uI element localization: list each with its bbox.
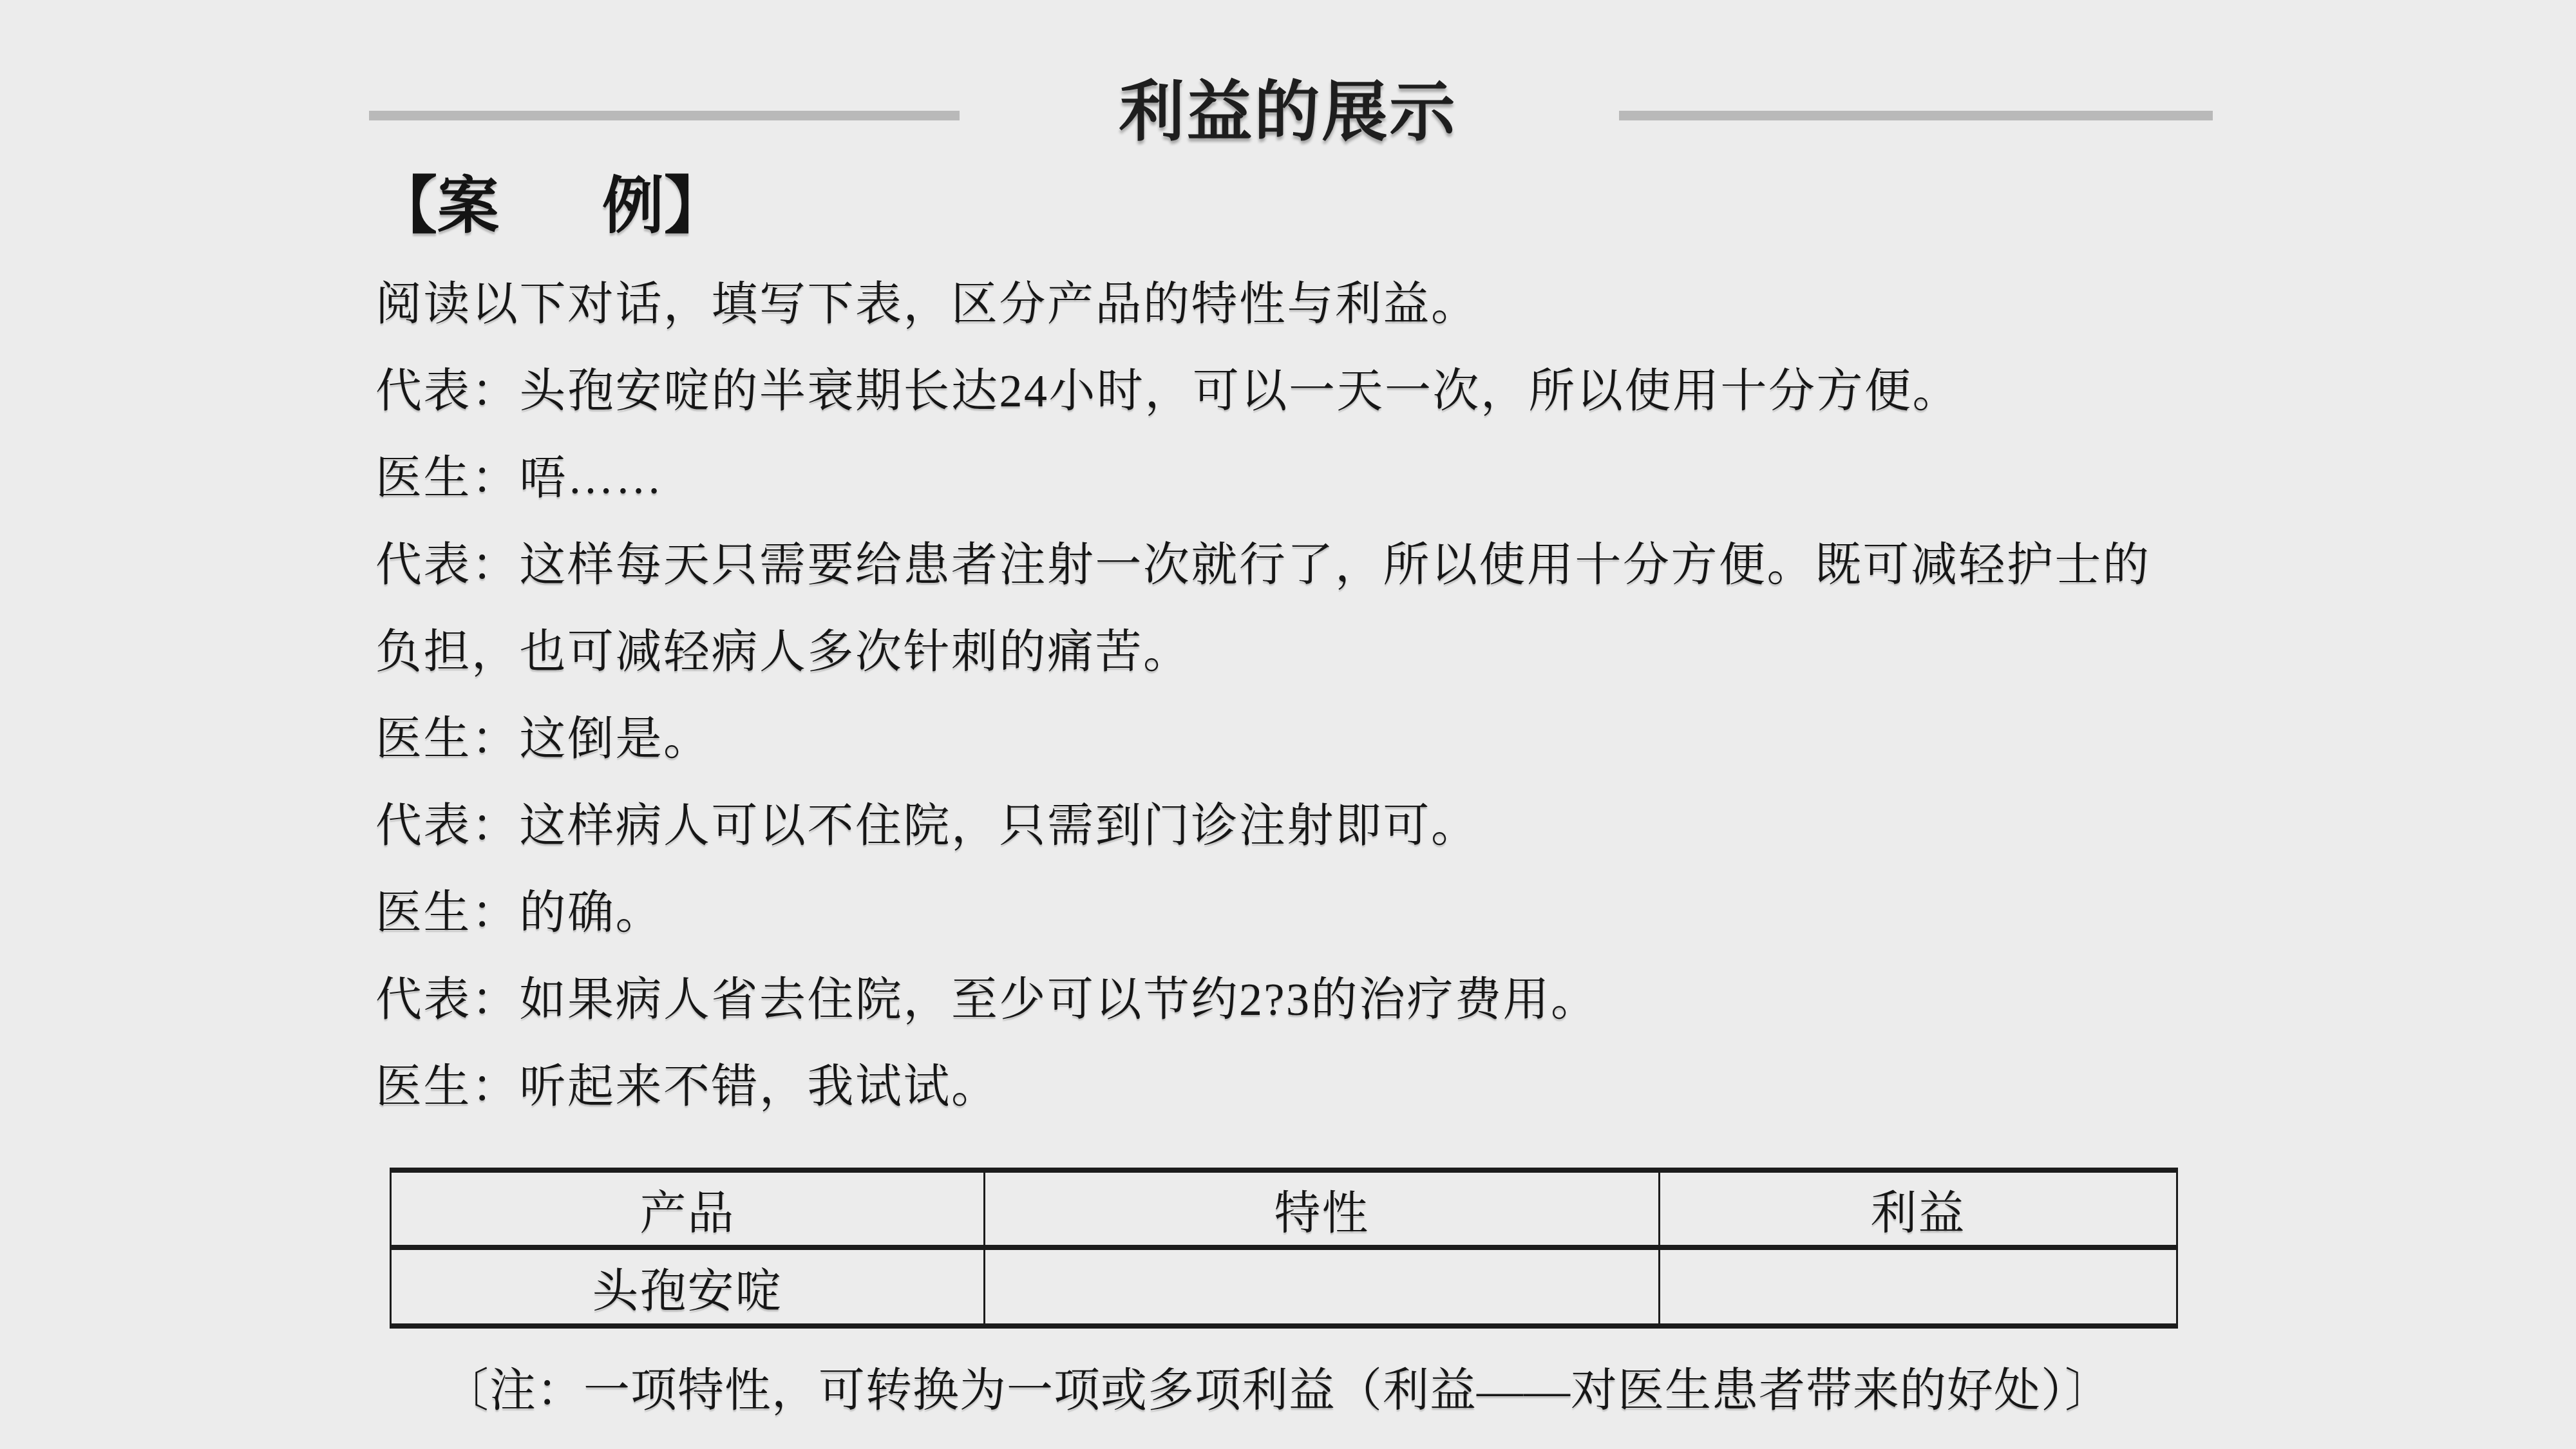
dialog-line-rep-4: 代表：如果病人省去住院，至少可以节约2?3的治疗费用。 <box>375 956 2307 1043</box>
slide-page: 利益的展示 【案例】 阅读以下对话，填写下表，区分产品的特性与利益。 代表：头孢… <box>0 0 2576 1449</box>
cell-feature-blank <box>985 1247 1660 1326</box>
case-heading: 【案例】 <box>375 169 726 243</box>
dialog-line-doctor-1: 医生：唔…… <box>375 435 2307 522</box>
dialog-line-doctor-2: 医生：这倒是。 <box>375 696 2307 782</box>
cell-product-name: 头孢安啶 <box>391 1247 985 1326</box>
cell-benefit-blank <box>1660 1247 2177 1326</box>
column-header-product: 产品 <box>391 1170 985 1247</box>
table-row: 头孢安啶 <box>391 1247 2177 1326</box>
case-heading-left: 【案 <box>375 171 499 240</box>
dialog-line-rep-2: 代表：这样每天只需要给患者注射一次就行了，所以使用十分方便。既可减轻护士的 <box>375 522 2307 609</box>
column-header-feature: 特性 <box>985 1170 1660 1247</box>
title-divider-right <box>1619 111 2213 120</box>
case-heading-right: 例】 <box>602 171 726 240</box>
column-header-benefit: 利益 <box>1660 1170 2177 1247</box>
dialog-line-instruction: 阅读以下对话，填写下表，区分产品的特性与利益。 <box>375 261 2307 348</box>
dialog-line-rep-1: 代表：头孢安啶的半衰期长达24小时，可以一天一次，所以使用十分方便。 <box>375 348 2307 435</box>
dialog-line-rep-2-cont: 负担，也可减轻病人多次针刺的痛苦。 <box>375 609 2307 696</box>
dialog-text-block: 阅读以下对话，填写下表，区分产品的特性与利益。 代表：头孢安啶的半衰期长达24小… <box>375 261 2307 1130</box>
table-header-row: 产品 特性 利益 <box>391 1170 2177 1247</box>
dialog-line-doctor-4: 医生：听起来不错，我试试。 <box>375 1043 2307 1130</box>
footnote: 〔注：一项特性，可转换为一项或多项利益（利益——对医生患者带来的好处）〕 <box>375 1352 2179 1419</box>
feature-benefit-table: 产品 特性 利益 头孢安啶 <box>390 1168 2178 1329</box>
dialog-line-rep-3: 代表：这样病人可以不住院，只需到门诊注射即可。 <box>375 782 2307 869</box>
dialog-line-doctor-3: 医生：的确。 <box>375 869 2307 956</box>
